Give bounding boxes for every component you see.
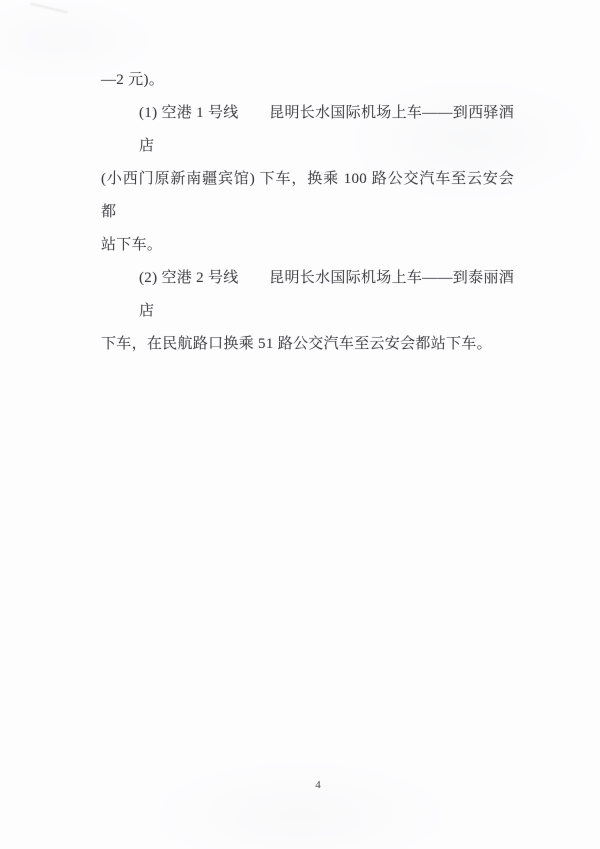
text-line-airport-line-2-continued: 下车，在民航路口换乘 51 路公交汽车至云安会都站下车。 [101,328,514,361]
page-number: 4 [315,778,321,792]
text-line-airport-line-1: (1) 空港 1 号线 昆明长水国际机场上车——到西驿酒店 [101,97,514,163]
scan-artifact [30,3,67,13]
text-line-sentence-end: —2 元)。 [101,64,514,97]
text-line-airport-line-1-continued: (小西门原新南疆宾馆) 下车，换乘 100 路公交汽车至云安会都 [101,163,514,229]
text-line-airport-line-1-end: 站下车。 [101,229,514,262]
text-line-airport-line-2: (2) 空港 2 号线 昆明长水国际机场上车——到泰丽酒店 [101,262,514,328]
document-page: —2 元)。 (1) 空港 1 号线 昆明长水国际机场上车——到西驿酒店 (小西… [0,0,600,849]
text-block: —2 元)。 (1) 空港 1 号线 昆明长水国际机场上车——到西驿酒店 (小西… [101,64,514,361]
